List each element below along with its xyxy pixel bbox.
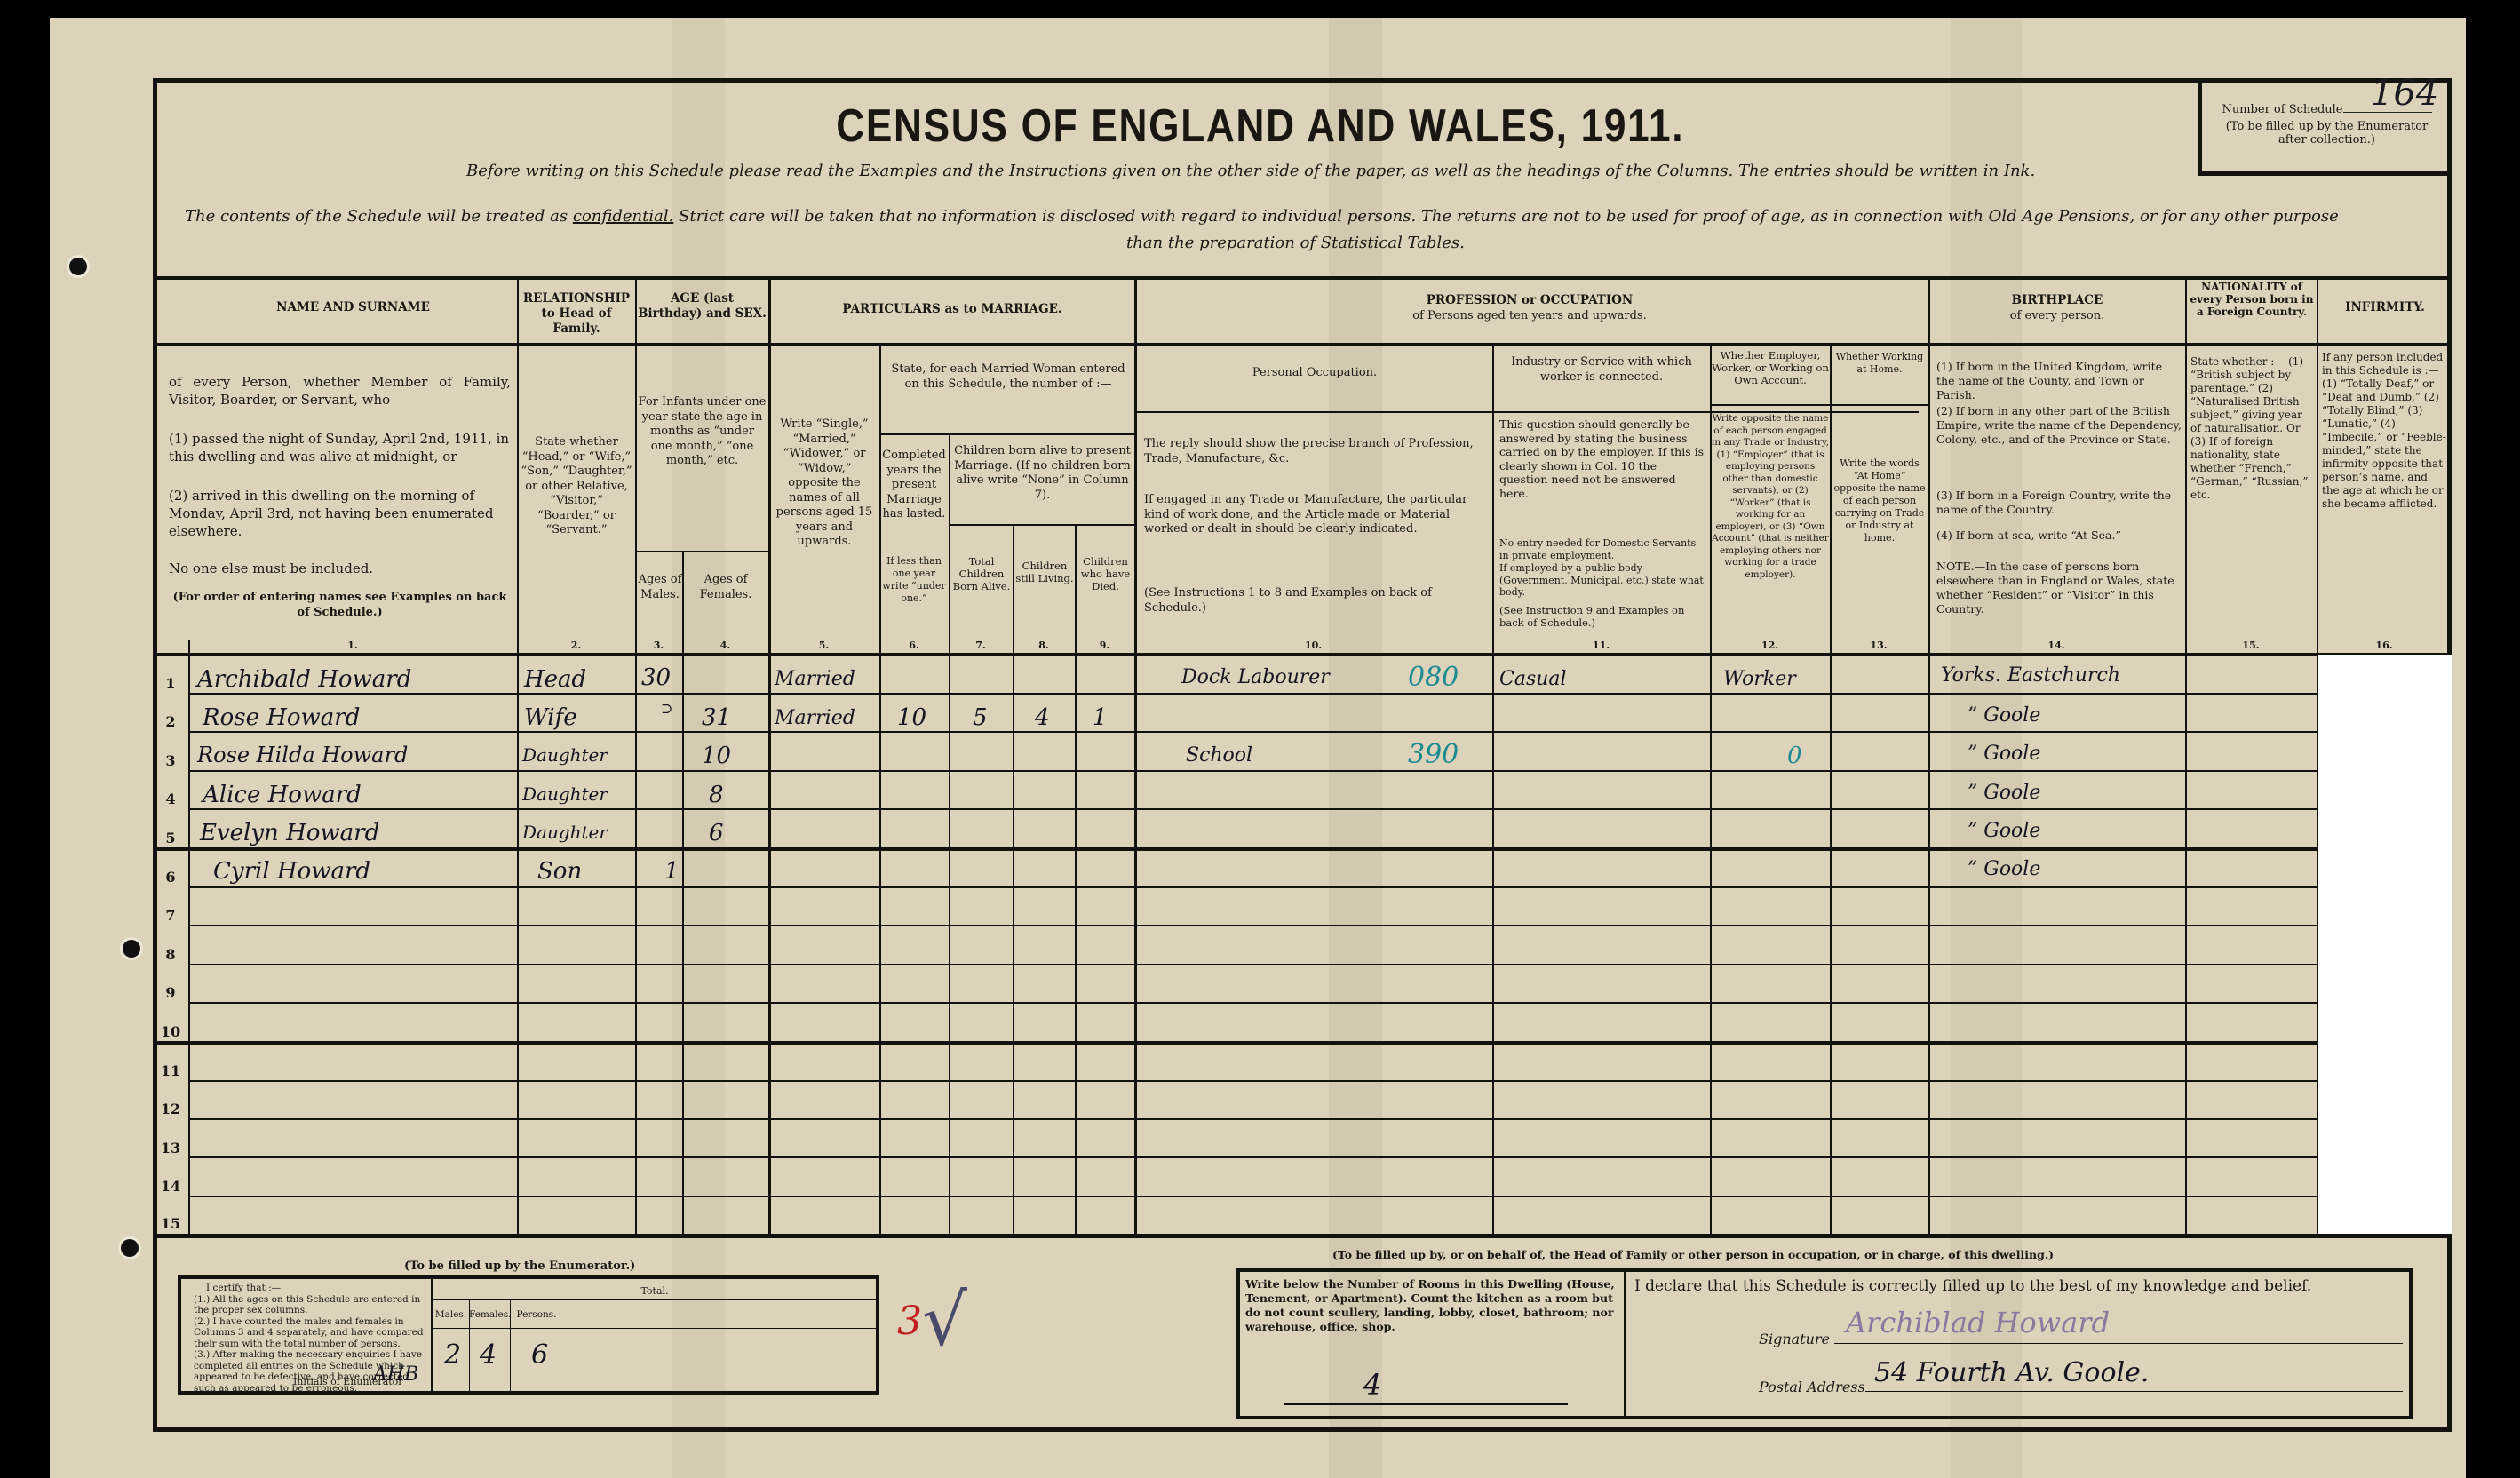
cell-birthplace[interactable]: ” Goole — [1968, 820, 2040, 842]
rooms-instruction: Write below the Number of Rooms in this … — [1245, 1277, 1618, 1334]
punch-hole — [123, 940, 140, 958]
grid-top-line — [153, 276, 2452, 280]
infirmity-column-masked — [2318, 655, 2452, 1234]
header-marriage: PARTICULARS as to MARRIAGE. — [771, 302, 1133, 317]
cell-occupation[interactable]: School — [1186, 744, 1252, 767]
cell-occ-code[interactable]: 080 — [1408, 662, 1459, 693]
row-number: 9 — [153, 984, 188, 1001]
confidential-notice-line2: than the preparation of Statistical Tabl… — [1126, 234, 1465, 252]
row-number: 12 — [153, 1101, 188, 1117]
cell-relationship[interactable]: Daughter — [522, 744, 608, 766]
row-number: 14 — [153, 1178, 188, 1195]
grid-bottom-line — [153, 1234, 2452, 1238]
cell-name[interactable]: Rose Howard — [203, 704, 360, 731]
header-name: NAME AND SURNAME — [191, 300, 515, 315]
header-infirmity: INFIRMITY. — [2318, 300, 2452, 315]
cell-name[interactable]: Evelyn Howard — [200, 820, 379, 846]
cell-age-male[interactable]: 1 — [664, 858, 680, 885]
row-number: 1 — [153, 675, 188, 692]
header-age: AGE (last Birthday) and SEX. — [638, 291, 767, 322]
row-number: 13 — [153, 1140, 188, 1156]
row-number: 5 — [153, 830, 188, 846]
cell-marriage[interactable]: Married — [775, 668, 855, 690]
header-relationship: RELATIONSHIP to Head of Family. — [519, 291, 634, 337]
cell-birthplace[interactable]: ” Goole — [1968, 782, 2040, 804]
document-title: CENSUS OF ENGLAND AND WALES, 1911. — [189, 99, 2331, 153]
cell-marriage[interactable]: Married — [775, 707, 855, 729]
cell-birthplace[interactable]: ” Goole — [1968, 743, 2040, 765]
cell-birthplace[interactable]: Yorks. Eastchurch — [1941, 664, 2120, 687]
cell-employer[interactable]: Worker — [1723, 668, 1796, 690]
grid-head-line — [153, 343, 2452, 346]
cell-name[interactable]: Archibald Howard — [197, 666, 411, 693]
punch-hole — [121, 1239, 139, 1257]
cell-name[interactable]: Rose Hilda Howard — [197, 743, 408, 767]
punch-hole — [69, 258, 87, 275]
cell-age-female[interactable]: 10 — [702, 743, 731, 769]
header-nationality: NATIONALITY of every Person born in a Fo… — [2187, 281, 2317, 318]
row-number: 10 — [153, 1023, 188, 1040]
cell-age-female[interactable]: 8 — [709, 782, 724, 808]
total-males[interactable]: 2 — [444, 1339, 461, 1371]
cell-children-living[interactable]: 4 — [1035, 704, 1050, 731]
cell-name[interactable]: Cyril Howard — [213, 858, 370, 885]
cell-age-female[interactable]: 6 — [709, 820, 724, 846]
cell-occupation[interactable]: Dock Labourer — [1181, 666, 1330, 688]
total-females[interactable]: 4 — [480, 1339, 497, 1371]
row-number: 8 — [153, 946, 188, 963]
tick-mark: √ — [922, 1279, 967, 1362]
enumerator-heading: (To be filled up by the Enumerator.) — [404, 1259, 635, 1275]
row-number: 11 — [153, 1062, 188, 1079]
cell-birthplace[interactable]: ” Goole — [1968, 704, 2040, 727]
schedule-number[interactable]: 164 — [2371, 73, 2438, 114]
schedule-number-box: Number of Schedule 164 (To be filled up … — [2198, 78, 2452, 176]
row-number: 3 — [153, 752, 188, 769]
rooms-value[interactable]: 4 — [1363, 1368, 1381, 1402]
cell-age-female[interactable]: 31 — [702, 704, 731, 731]
row-number: 6 — [153, 869, 188, 886]
cell-years-married[interactable]: 10 — [897, 704, 926, 731]
cell-relationship[interactable]: Daughter — [522, 822, 608, 843]
cell-age-male[interactable]: 30 — [641, 664, 671, 691]
cell-relationship[interactable]: Wife — [524, 704, 577, 731]
declaration: I declare that this Schedule is correctl… — [1634, 1277, 2311, 1295]
row-number: 7 — [153, 907, 188, 924]
row-number: 2 — [153, 713, 188, 730]
postal-address[interactable]: 54 Fourth Av. Goole. — [1874, 1357, 2149, 1388]
cell-industry[interactable]: Casual — [1499, 668, 1567, 690]
cell-birthplace[interactable]: ” Goole — [1968, 858, 2040, 880]
cell-age-male[interactable]: ⊃ — [661, 700, 672, 717]
header-occupation: PROFESSION or OCCUPATION — [1139, 293, 1920, 308]
cell-name[interactable]: Alice Howard — [203, 782, 362, 808]
cell-relationship[interactable]: Head — [524, 666, 586, 693]
cell-occ-code[interactable]: 390 — [1408, 739, 1459, 770]
signature[interactable]: Archiblad Howard — [1846, 1306, 2110, 1339]
confidential-notice: The contents of the Schedule will be tre… — [185, 207, 2339, 226]
total-persons[interactable]: 6 — [531, 1339, 548, 1371]
row-number: 4 — [153, 791, 188, 807]
cell-total-children[interactable]: 5 — [973, 704, 988, 731]
row-number: 15 — [153, 1215, 188, 1232]
header-birthplace: BIRTHPLACE — [1931, 293, 2183, 308]
schedule-frame — [153, 78, 2452, 1432]
enumerator-initials[interactable]: AHB — [373, 1363, 418, 1386]
instruction-line: Before writing on this Schedule please r… — [466, 162, 2035, 180]
cell-relationship[interactable]: Daughter — [522, 783, 608, 805]
cell-employer[interactable]: 0 — [1787, 743, 1802, 769]
cell-relationship[interactable]: Son — [537, 858, 582, 885]
red-mark: 3 — [897, 1299, 922, 1344]
grid-number-line — [153, 653, 2452, 656]
household-heading: (To be filled up by, or on behalf of, th… — [1332, 1248, 2054, 1263]
cell-children-died[interactable]: 1 — [1093, 704, 1108, 731]
